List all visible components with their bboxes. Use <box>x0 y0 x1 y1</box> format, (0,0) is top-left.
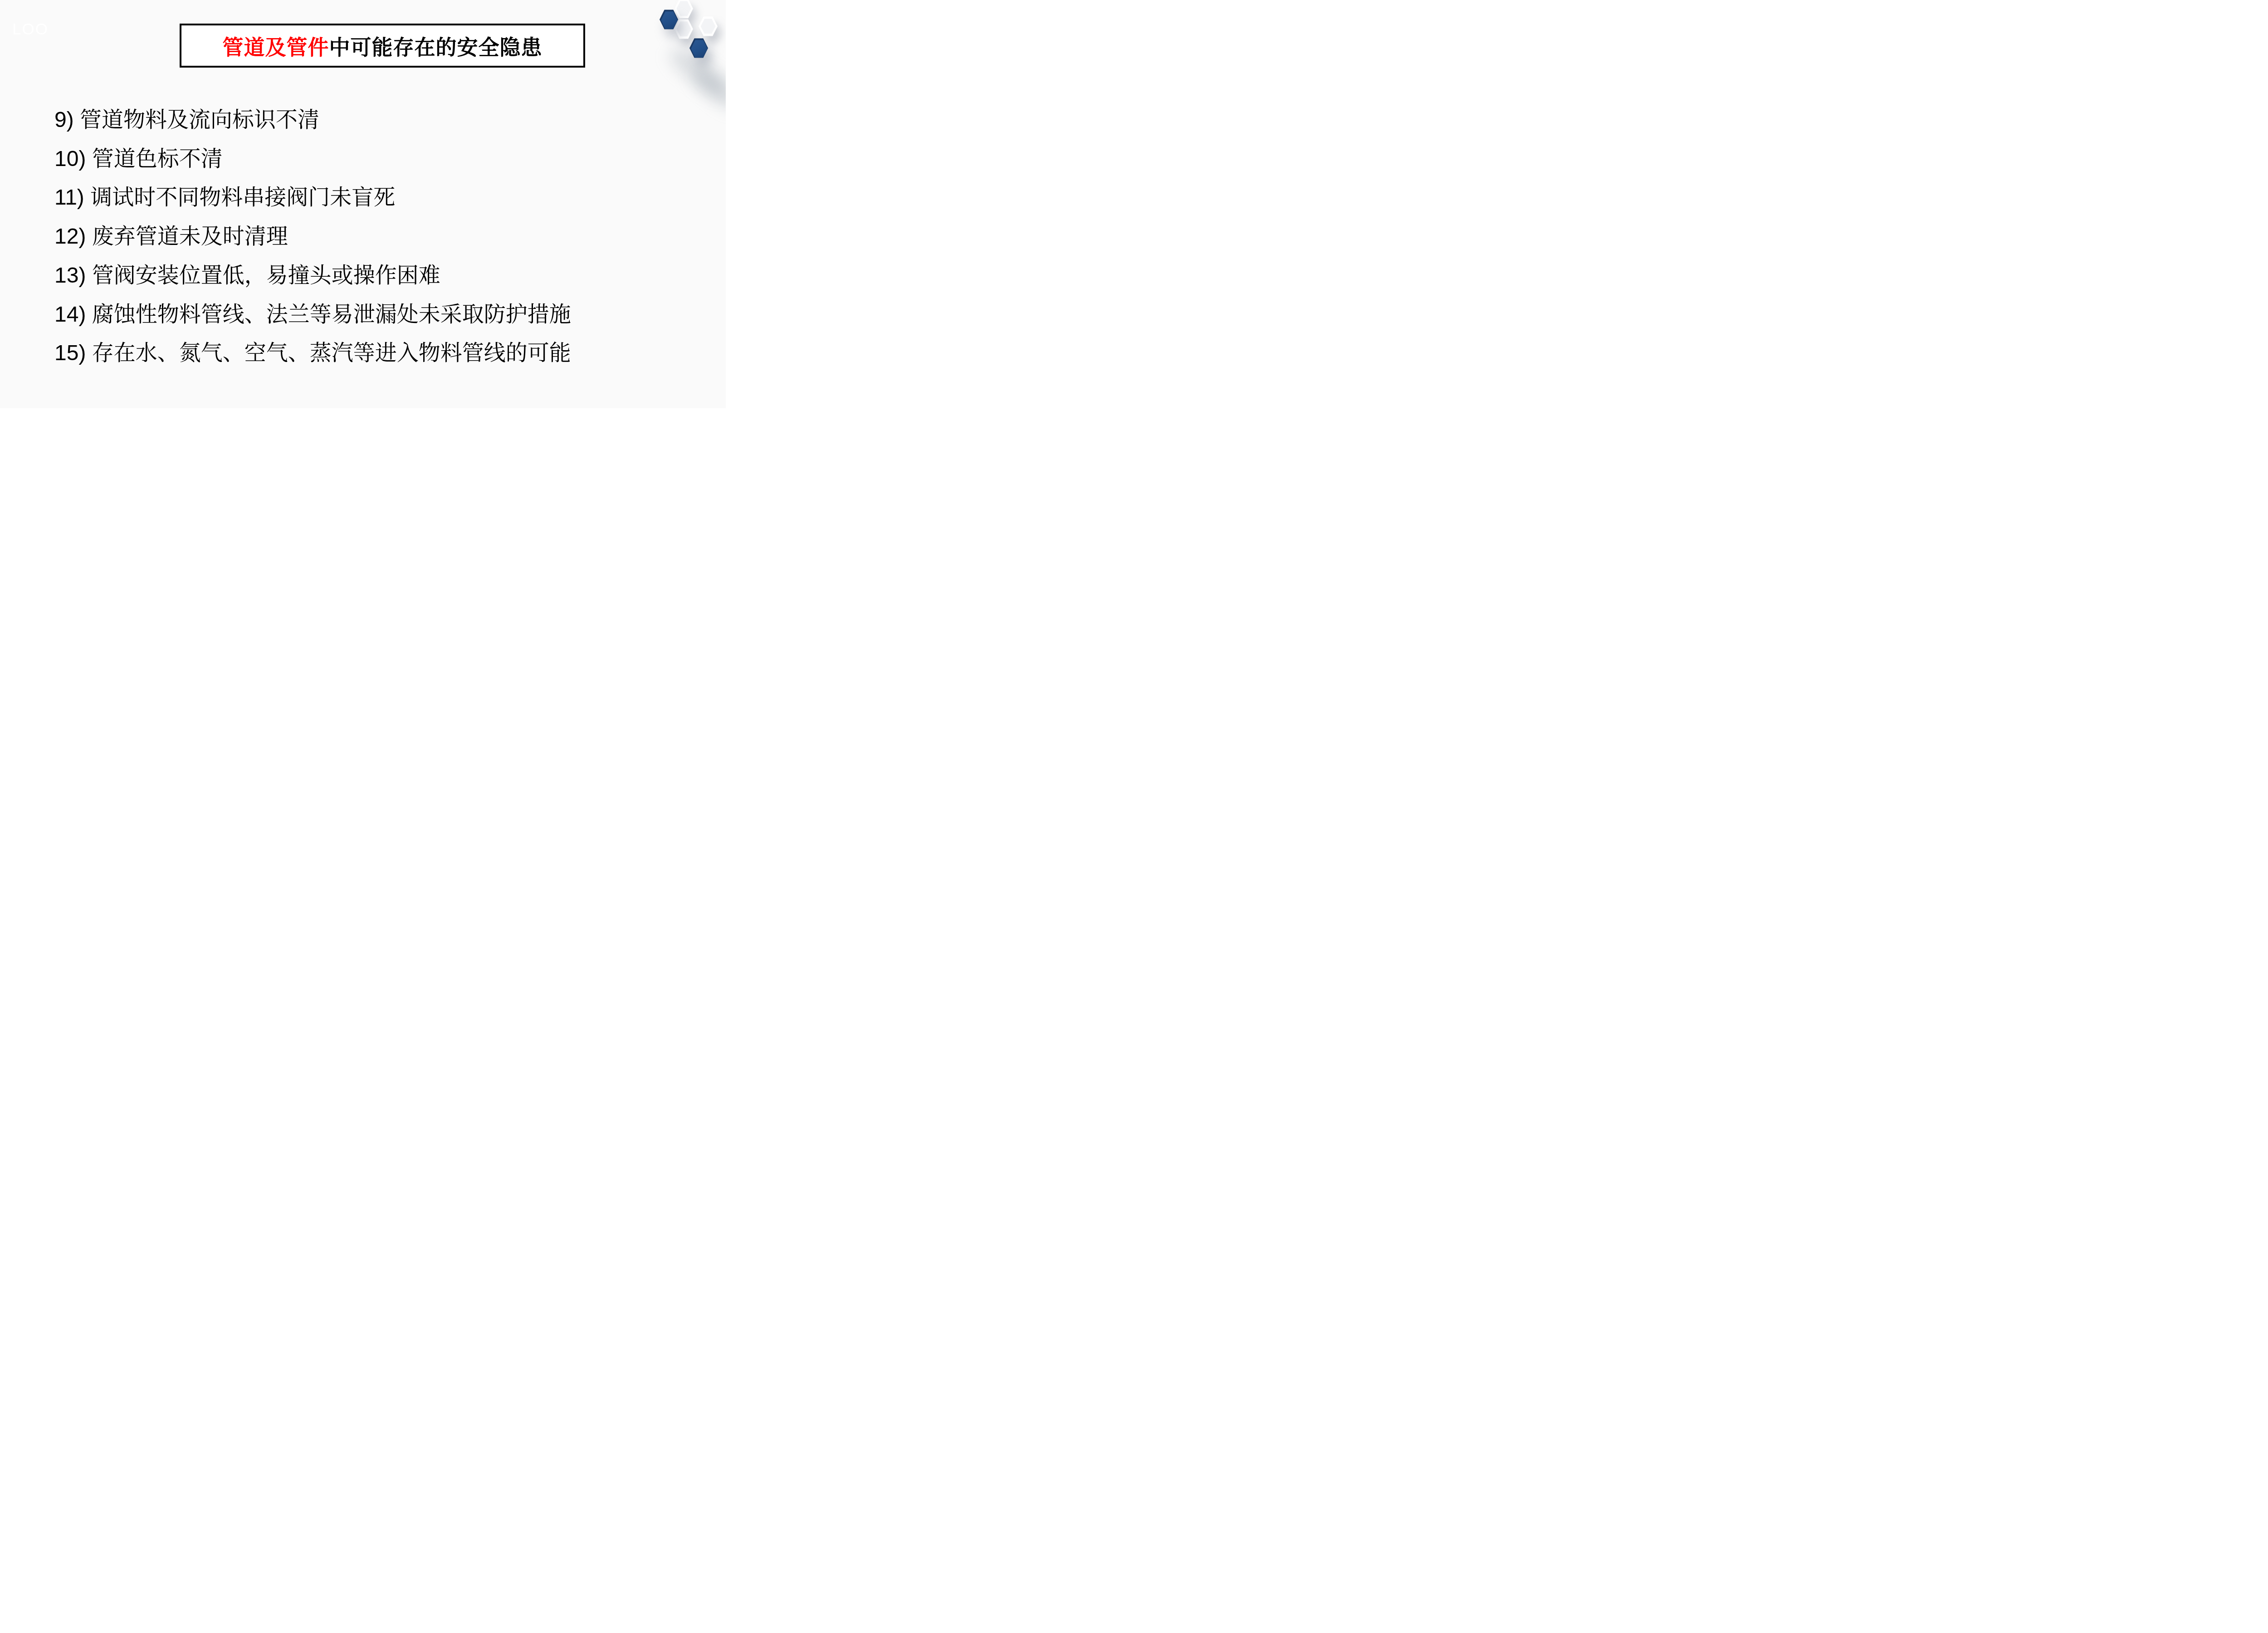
list-item: 10) 管道色标不清 <box>54 140 571 179</box>
hexagon-blue-bottom-icon <box>689 38 708 58</box>
list-item: 15) 存在水、氮气、空气、蒸汽等进入物料管线的可能 <box>54 334 571 373</box>
title-highlight: 管道及管件 <box>223 35 329 59</box>
list-item: 11) 调试时不同物料串接阀门未盲死 <box>54 178 571 217</box>
slide-background: LOO 管道及管件中可能存在的安全隐患 9) 管道物料及流向标识不清 10) 管… <box>0 0 726 408</box>
hexagon-blue-left-icon <box>660 10 678 29</box>
page-title: 管道及管件中可能存在的安全隐患 <box>223 31 543 61</box>
hexagon-white-right-icon <box>699 16 718 36</box>
title-box: 管道及管件中可能存在的安全隐患 <box>180 24 585 68</box>
title-rest: 中可能存在的安全隐患 <box>329 35 543 59</box>
list-item: 13) 管阀安装位置低，易撞头或操作困难 <box>54 256 571 295</box>
list-item: 12) 废弃管道未及时清理 <box>54 217 571 256</box>
list-item: 9) 管道物料及流向标识不清 <box>54 101 571 140</box>
hazard-list: 9) 管道物料及流向标识不清 10) 管道色标不清 11) 调试时不同物料串接阀… <box>54 101 571 373</box>
list-item: 14) 腐蚀性物料管线、法兰等易泄漏处未采取防护措施 <box>54 295 571 334</box>
logo-text: LOO <box>12 21 49 37</box>
